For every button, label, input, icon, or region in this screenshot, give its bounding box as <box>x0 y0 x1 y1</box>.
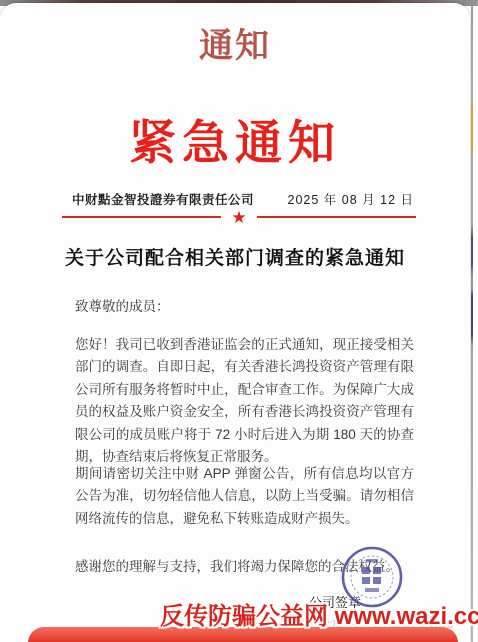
star-icon: ★ <box>231 209 246 226</box>
divider-line-left <box>62 216 221 218</box>
star-divider: ★ <box>62 206 416 228</box>
anti-scam-watermark: 反传防骗公益网 www.wazi.cc <box>160 596 478 631</box>
divider-line-right <box>257 216 416 218</box>
document-title: 关于公司配合相关部门调查的紧急通知 <box>0 243 470 270</box>
urgent-notice-title: 紧急通知 <box>0 106 470 173</box>
salutation: 致尊敬的成员： <box>75 295 170 315</box>
photo-right-edge <box>471 0 473 642</box>
notice-header: 通知 <box>0 18 470 67</box>
body-paragraph: 期间请密切关注中财 APP 弹窗公告，所有信息均以官方公告为准，切勿轻信他人信息… <box>75 463 414 530</box>
body-paragraph: 您好！我司已收到香港证监会的正式通知，现正接受相关部门的调查。自即日起，有关香港… <box>75 334 414 468</box>
